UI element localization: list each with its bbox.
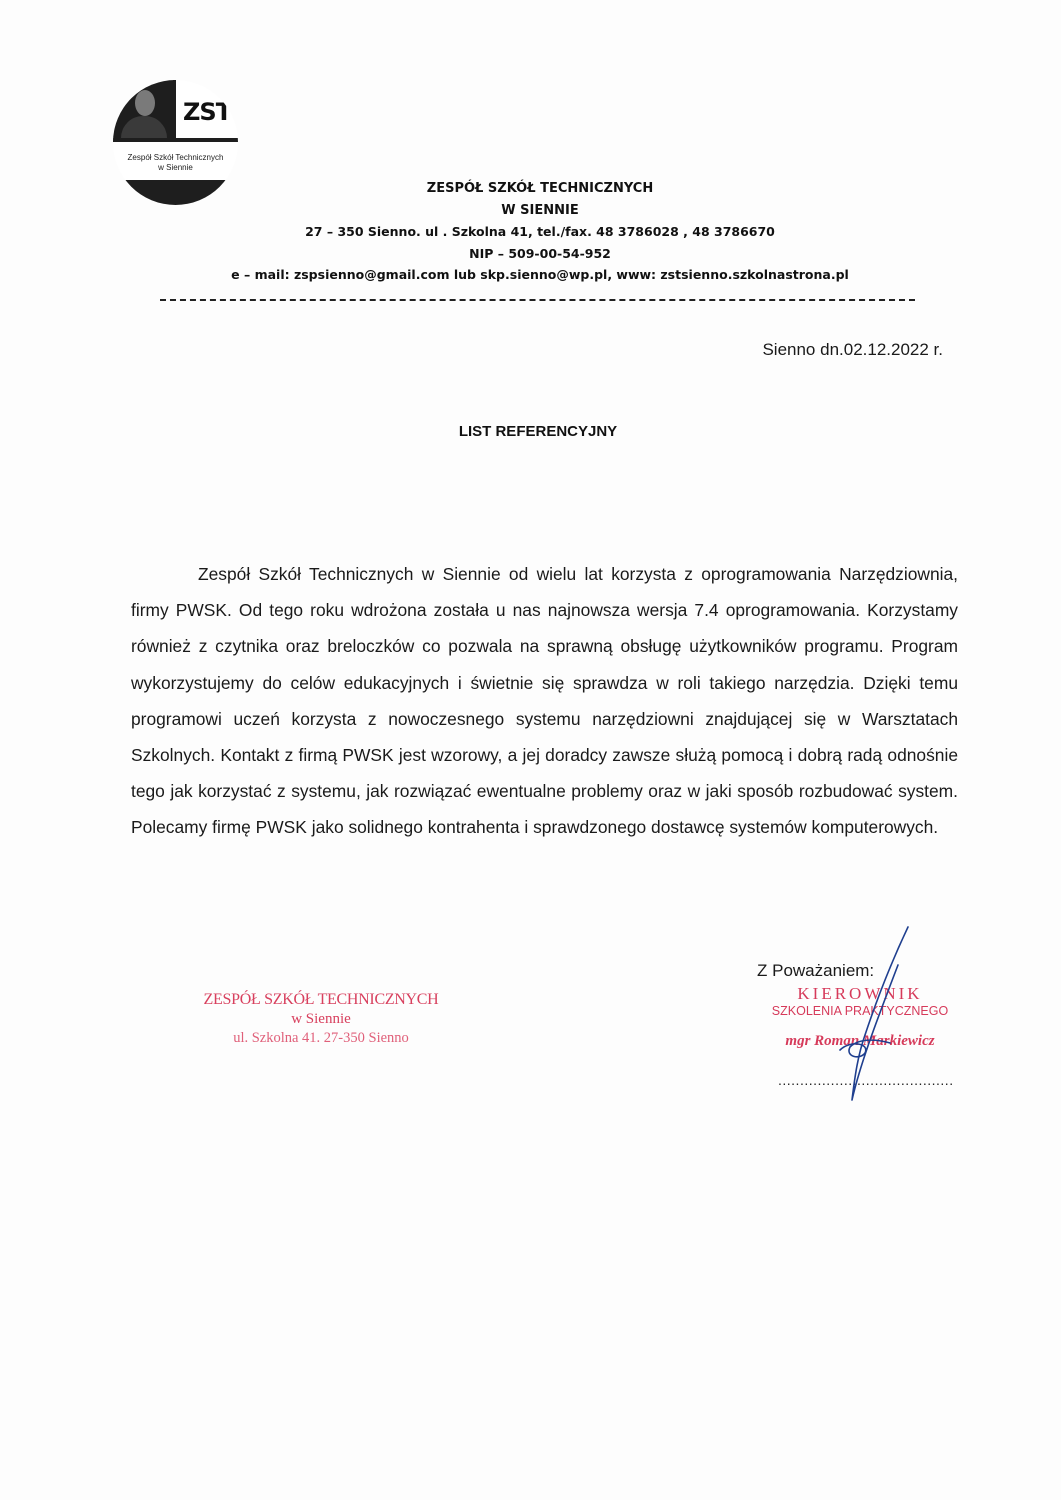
letter-date: Sienno dn.02.12.2022 r.: [762, 340, 943, 360]
portrait-image: [113, 80, 175, 142]
handwritten-signature: [820, 925, 930, 1105]
header-divider: [160, 299, 915, 301]
letterhead: ZESPÓŁ SZKÓŁ TECHNICZNYCH W SIENNIE 27 –…: [160, 178, 920, 286]
logo-caption: Zespół Szkół Technicznych w Siennie: [113, 153, 238, 173]
school-name: ZESPÓŁ SZKÓŁ TECHNICZNYCH: [160, 178, 920, 200]
letter-title: LIST REFERENCYJNY: [0, 423, 1061, 440]
body-paragraph: Zespół Szkół Technicznych w Siennie od w…: [131, 556, 958, 846]
school-stamp: ZESPÓŁ SZKÓŁ TECHNICZNYCH w Siennie ul. …: [196, 990, 446, 1048]
logo-acronym: ZST: [183, 98, 231, 126]
school-contact: e – mail: zspsienno@gmail.com lub skp.si…: [160, 264, 920, 286]
school-location: W SIENNIE: [160, 200, 920, 222]
document-page: ZST Zespół Szkół Technicznych w Siennie …: [0, 0, 1061, 1500]
school-address: 27 – 350 Sienno. ul . Szkolna 41, tel./f…: [160, 221, 920, 243]
school-nip: NIP – 509-00-54-952: [160, 243, 920, 265]
letter-body: Zespół Szkół Technicznych w Siennie od w…: [131, 556, 958, 846]
